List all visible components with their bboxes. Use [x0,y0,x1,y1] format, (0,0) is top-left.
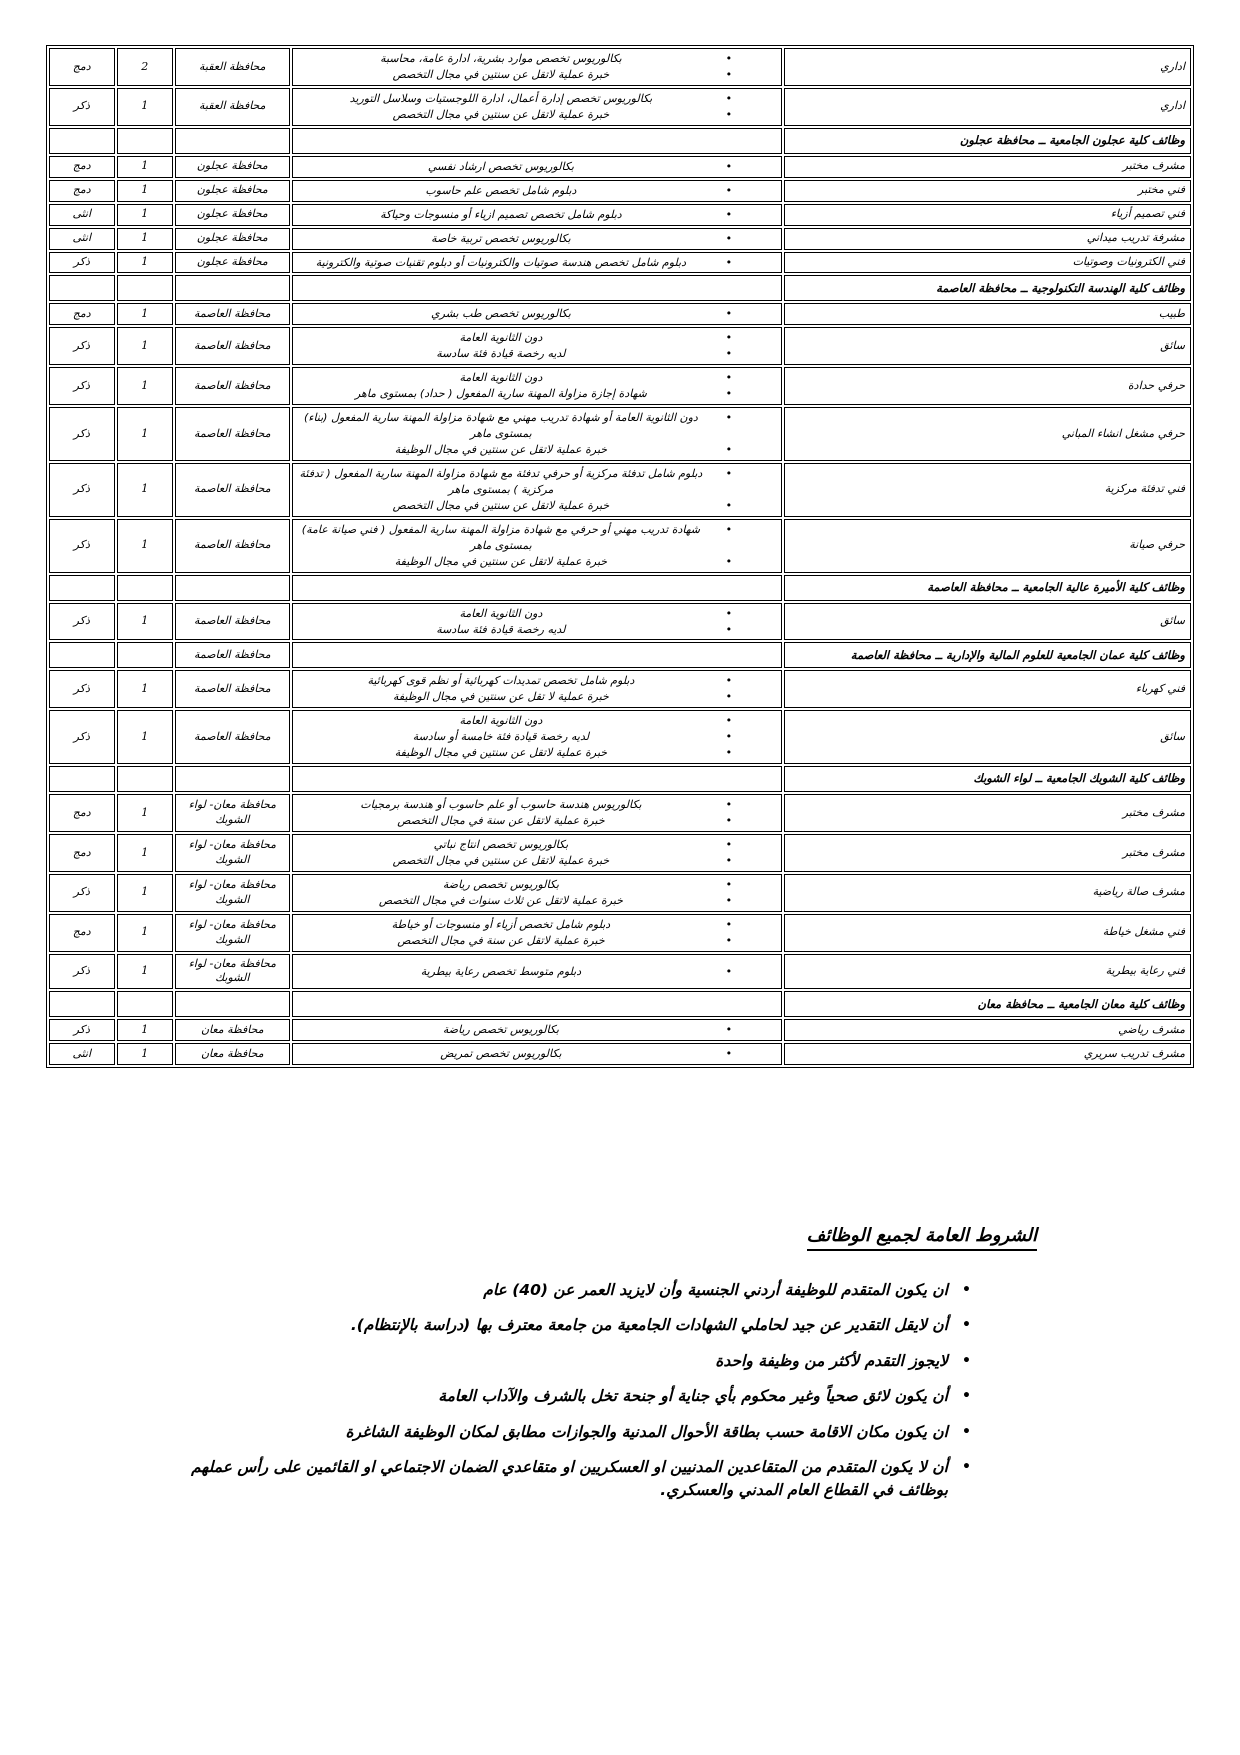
count-cell [117,275,173,301]
qualification-item: بكالوريوس تخصص إدارة أعمال، ادارة اللوجس… [298,91,776,107]
count-cell: 1 [117,252,173,274]
governorate-cell: محافظة معان [175,1019,290,1041]
count-cell [117,766,173,792]
gender-cell: ذكر [49,710,115,764]
job-title-cell: مشرف مختبر [784,794,1191,832]
governorate-cell: محافظة العاصمة [175,463,290,517]
qualifications-cell: بكالوريوس تخصص ارشاد نفسي [292,156,782,178]
table-row: مشرف مختبربكالوريوس تخصص ارشاد نفسيمحافظ… [49,156,1191,178]
job-title-text: فني كهرباء [790,682,1185,697]
count-cell: 1 [117,303,173,325]
job-title-cell: حرفي حدادة [784,367,1191,405]
jobs-table: اداريبكالوريوس تخصص موارد بشرية، ادارة ع… [46,45,1194,1068]
count-cell: 1 [117,603,173,641]
gender-cell: انثى [49,1043,115,1065]
governorate-cell: محافظة العقبة [175,48,290,86]
gender-cell: ذكر [49,327,115,365]
job-title-text: مشرف مختبر [790,846,1185,861]
job-title-text: سائق [790,339,1185,354]
job-title-cell: مشرفة تدريب ميداني [784,228,1191,250]
table-row: مشرفة تدريب ميدانيبكالوريوس تخصص تربية خ… [49,228,1191,250]
job-title-cell: فني الكترونيات وصوتيات [784,252,1191,274]
qualification-item: خبرة عملية لاتقل عن سنة في مجال التخصص [298,813,776,829]
job-title-text: اداري [790,60,1185,75]
qualifications-cell: دون الثانوية العامةلديه رخصة قيادة فئة س… [292,603,782,641]
section-title: وظائف كلية عجلون الجامعية ــ محافظة عجلو… [790,133,1185,149]
qualifications-cell: بكالوريوس تخصص طب بشري [292,303,782,325]
table-row: طبيببكالوريوس تخصص طب بشريمحافظة العاصمة… [49,303,1191,325]
qualification-item: خبرة عملية لاتقل عن سنتين في مجال التخصص [298,67,776,83]
governorate-cell: محافظة معان- لواء الشوبك [175,914,290,952]
qualifications-cell [292,275,782,301]
count-cell: 1 [117,204,173,226]
qualification-item: دون الثانوية العامة أو شهادة تدريب مهني … [298,410,776,442]
governorate-cell: محافظة العاصمة [175,303,290,325]
document-page: اداريبكالوريوس تخصص موارد بشرية، ادارة ع… [0,0,1240,1755]
table-row: فني الكترونيات وصوتياتدبلوم شامل تخصص هن… [49,252,1191,274]
count-cell: 1 [117,1019,173,1041]
condition-item: ان يكون المتقدم للوظيفة أردني الجنسية وأ… [137,1279,1037,1301]
job-title-cell: اداري [784,48,1191,86]
governorate-cell: محافظة العقبة [175,88,290,126]
governorate-cell: محافظة معان [175,1043,290,1065]
gender-cell: ذكر [49,670,115,708]
count-cell: 1 [117,327,173,365]
count-cell: 1 [117,367,173,405]
qualifications-cell: دبلوم شامل تخصص تمديدات كهربائية أو نظم … [292,670,782,708]
count-cell: 1 [117,407,173,461]
section-title-cell: وظائف كلية الشوبك الجامعية ــ لواء الشوب… [784,766,1191,792]
job-title-text: اداري [790,99,1185,114]
qualification-item: بكالوريوس تخصص انتاج نباتي [298,837,776,853]
qualifications-cell: بكالوريوس تخصص موارد بشرية، ادارة عامة، … [292,48,782,86]
job-title-text: فني رعاية بيطرية [790,964,1185,979]
qualifications-cell: بكالوريوس تخصص تربية خاصة [292,228,782,250]
gender-cell: دمج [49,834,115,872]
qualification-item: خبرة عملية لا تقل عن سنتين في مجال الوظي… [298,689,776,705]
gender-cell: دمج [49,794,115,832]
qualification-item: دبلوم شامل تدفئة مركزية أو حرفي تدفئة مع… [298,466,776,498]
section-title-cell: وظائف كلية عمان الجامعية للعلوم المالية … [784,642,1191,668]
governorate-cell: محافظة العاصمة [175,670,290,708]
section-row: وظائف كلية الشوبك الجامعية ــ لواء الشوب… [49,766,1191,792]
section-row: وظائف كلية معان الجامعية ــ محافظة معان [49,991,1191,1017]
conditions-section: الشروط العامة لجميع الوظائف ان يكون المت… [137,1225,1037,1514]
qualifications-cell [292,575,782,601]
jobs-table-wrap: اداريبكالوريوس تخصص موارد بشرية، ادارة ع… [46,45,1194,1068]
gender-cell: دمج [49,914,115,952]
section-title-cell: وظائف كلية الأميرة عالية الجامعية ــ محا… [784,575,1191,601]
section-title: وظائف كلية عمان الجامعية للعلوم المالية … [790,648,1185,664]
qualification-item: خبرة عملية لاتقل عن سنتين في مجال الوظيف… [298,442,776,458]
section-title: وظائف كلية الهندسة التكنولوجية ــ محافظة… [790,281,1185,297]
condition-item: أن يكون لائق صحياً وغير محكوم بأي جناية … [137,1385,1037,1407]
gender-cell: دمج [49,156,115,178]
job-title-text: فني تصميم أزياء [790,207,1185,222]
job-title-cell: سائق [784,327,1191,365]
gender-cell: انثى [49,228,115,250]
gender-cell [49,128,115,154]
qualifications-cell: دون الثانوية العامةشهادة إجازة مزاولة ال… [292,367,782,405]
section-row: وظائف كلية الهندسة التكنولوجية ــ محافظة… [49,275,1191,301]
gender-cell [49,991,115,1017]
gender-cell: ذكر [49,367,115,405]
qualification-item: خبرة عملية لاتقل عن سنتين في مجال التخصص [298,498,776,514]
qualifications-cell: بكالوريوس تخصص انتاج نباتيخبرة عملية لات… [292,834,782,872]
jobs-table-body: اداريبكالوريوس تخصص موارد بشرية، ادارة ع… [49,48,1191,1065]
qualification-item: خبرة عملية لاتقل عن سنتين في مجال التخصص [298,853,776,869]
gender-cell: دمج [49,48,115,86]
table-row: حرفي حدادةدون الثانوية العامةشهادة إجازة… [49,367,1191,405]
count-cell: 1 [117,670,173,708]
section-row: وظائف كلية الأميرة عالية الجامعية ــ محا… [49,575,1191,601]
job-title-cell: مشرف رياضي [784,1019,1191,1041]
qualifications-cell: بكالوريوس تخصص رياضة [292,1019,782,1041]
table-row: مشرف رياضيبكالوريوس تخصص رياضةمحافظة معا… [49,1019,1191,1041]
qualification-item: دبلوم شامل تخصص تصميم ازياء أو منسوجات و… [298,207,776,223]
job-title-cell: طبيب [784,303,1191,325]
count-cell [117,575,173,601]
section-title: وظائف كلية الشوبك الجامعية ــ لواء الشوب… [790,771,1185,787]
table-row: فني تصميم أزياءدبلوم شامل تخصص تصميم ازي… [49,204,1191,226]
condition-item: أن لايقل التقدير عن جيد لحاملي الشهادات … [137,1314,1037,1336]
condition-item: لايجوز التقدم لأكثر من وظيفة واحدة [137,1350,1037,1372]
qualifications-cell: دبلوم شامل تدفئة مركزية أو حرفي تدفئة مع… [292,463,782,517]
gender-cell: ذكر [49,603,115,641]
qualification-item: دبلوم متوسط تخصص رعاية بيطرية [298,964,776,980]
job-title-cell: سائق [784,710,1191,764]
governorate-cell [175,128,290,154]
table-row: مشرف تدريب سريريبكالوريوس تخصص تمريضمحاف… [49,1043,1191,1065]
governorate-cell: محافظة العاصمة [175,603,290,641]
count-cell: 1 [117,228,173,250]
qualifications-cell: دبلوم شامل تخصص علم حاسوب [292,180,782,202]
table-row: فني مختبردبلوم شامل تخصص علم حاسوبمحافظة… [49,180,1191,202]
table-row: اداريبكالوريوس تخصص موارد بشرية، ادارة ع… [49,48,1191,86]
gender-cell [49,275,115,301]
qualification-item: خبرة عملية لاتقل عن سنتين في مجال الوظيف… [298,745,776,761]
qualification-item: دون الثانوية العامة [298,606,776,622]
table-row: مشرف مختبربكالوريوس تخصص انتاج نباتيخبرة… [49,834,1191,872]
job-title-text: مشرف مختبر [790,806,1185,821]
gender-cell: دمج [49,180,115,202]
qualifications-cell: دبلوم شامل تخصص هندسة صوتيات والكترونيات… [292,252,782,274]
count-cell [117,991,173,1017]
job-title-cell: سائق [784,603,1191,641]
job-title-text: مشرف مختبر [790,159,1185,174]
qualification-item: دون الثانوية العامة [298,330,776,346]
job-title-cell: فني كهرباء [784,670,1191,708]
qualification-item: دبلوم شامل تخصص تمديدات كهربائية أو نظم … [298,673,776,689]
table-row: سائقدون الثانوية العامةلديه رخصة قيادة ف… [49,327,1191,365]
qualification-item: خبرة عملية لاتقل عن سنة في مجال التخصص [298,933,776,949]
governorate-cell: محافظة العاصمة [175,519,290,573]
qualification-item: خبرة عملية لاتقل عن سنتين في مجال الوظيف… [298,554,776,570]
qualification-item: بكالوريوس تخصص رياضة [298,1022,776,1038]
qualification-item: خبرة عملية لاتقل عن سنتين في مجال التخصص [298,107,776,123]
table-row: سائقدون الثانوية العامةلديه رخصة قيادة ف… [49,603,1191,641]
gender-cell: دمج [49,303,115,325]
governorate-cell: محافظة معان- لواء الشوبك [175,874,290,912]
qualification-item: لديه رخصة قيادة فئة سادسة [298,346,776,362]
qualification-item: بكالوريوس تخصص طب بشري [298,306,776,322]
section-title: وظائف كلية الأميرة عالية الجامعية ــ محا… [790,580,1185,596]
conditions-list: ان يكون المتقدم للوظيفة أردني الجنسية وأ… [137,1279,1037,1501]
table-row: فني مشغل خياطةدبلوم شامل تخصص أزياء أو م… [49,914,1191,952]
count-cell: 1 [117,874,173,912]
gender-cell: ذكر [49,954,115,990]
conditions-title: الشروط العامة لجميع الوظائف [807,1225,1037,1251]
count-cell: 1 [117,519,173,573]
qualification-item: خبرة عملية لاتقل عن ثلاث سنوات في مجال ا… [298,893,776,909]
qualifications-cell: دون الثانوية العامةلديه رخصة قيادة فئة س… [292,327,782,365]
table-row: حرفي مشغل انشاء المبانيدون الثانوية العا… [49,407,1191,461]
qualification-item: بكالوريوس تخصص رياضة [298,877,776,893]
section-title-cell: وظائف كلية الهندسة التكنولوجية ــ محافظة… [784,275,1191,301]
job-title-text: فني تدفئة مركزية [790,482,1185,497]
job-title-text: طبيب [790,307,1185,322]
job-title-cell: فني مشغل خياطة [784,914,1191,952]
job-title-cell: فني تدفئة مركزية [784,463,1191,517]
governorate-cell: محافظة العاصمة [175,367,290,405]
qualifications-cell [292,991,782,1017]
qualifications-cell: بكالوريوس هندسة حاسوب أو علم حاسوب أو هن… [292,794,782,832]
qualifications-cell: دبلوم متوسط تخصص رعاية بيطرية [292,954,782,990]
qualifications-cell: بكالوريوس تخصص تمريض [292,1043,782,1065]
governorate-cell: محافظة عجلون [175,252,290,274]
qualification-item: بكالوريوس تخصص ارشاد نفسي [298,159,776,175]
gender-cell: انثى [49,204,115,226]
job-title-text: سائق [790,614,1185,629]
governorate-cell [175,275,290,301]
qualification-item: لديه رخصة قيادة فئة خامسة أو سادسة [298,729,776,745]
qualification-item: شهادة تدريب مهني أو حرفي مع شهادة مزاولة… [298,522,776,554]
job-title-cell: مشرف مختبر [784,156,1191,178]
job-title-text: فني مختبر [790,183,1185,198]
job-title-cell: مشرف مختبر [784,834,1191,872]
gender-cell: ذكر [49,407,115,461]
governorate-cell [175,991,290,1017]
governorate-cell: محافظة العاصمة [175,407,290,461]
gender-cell [49,642,115,668]
job-title-text: مشرف تدريب سريري [790,1047,1185,1062]
governorate-cell [175,575,290,601]
gender-cell [49,766,115,792]
gender-cell: ذكر [49,519,115,573]
job-title-text: فني الكترونيات وصوتيات [790,255,1185,270]
section-title-cell: وظائف كلية معان الجامعية ــ محافظة معان [784,991,1191,1017]
governorate-cell: محافظة العاصمة [175,327,290,365]
governorate-cell [175,766,290,792]
table-row: فني تدفئة مركزيةدبلوم شامل تدفئة مركزية … [49,463,1191,517]
job-title-text: سائق [790,730,1185,745]
job-title-cell: فني تصميم أزياء [784,204,1191,226]
job-title-cell: مشرف تدريب سريري [784,1043,1191,1065]
governorate-cell: محافظة معان- لواء الشوبك [175,834,290,872]
section-title: وظائف كلية معان الجامعية ــ محافظة معان [790,997,1185,1013]
count-cell [117,642,173,668]
job-title-cell: اداري [784,88,1191,126]
table-row: سائقدون الثانوية العامةلديه رخصة قيادة ف… [49,710,1191,764]
qualifications-cell: دبلوم شامل تخصص أزياء أو منسوجات أو خياط… [292,914,782,952]
table-row: اداريبكالوريوس تخصص إدارة أعمال، ادارة ا… [49,88,1191,126]
job-title-text: فني مشغل خياطة [790,925,1185,940]
qualifications-cell: بكالوريوس تخصص رياضةخبرة عملية لاتقل عن … [292,874,782,912]
gender-cell: ذكر [49,1019,115,1041]
count-cell [117,128,173,154]
qualification-item: بكالوريوس تخصص تمريض [298,1046,776,1062]
gender-cell: ذكر [49,874,115,912]
qualifications-cell: بكالوريوس تخصص إدارة أعمال، ادارة اللوجس… [292,88,782,126]
governorate-cell: محافظة العاصمة [175,710,290,764]
job-title-cell: فني رعاية بيطرية [784,954,1191,990]
qualifications-cell: دون الثانوية العامةلديه رخصة قيادة فئة خ… [292,710,782,764]
qualification-item: بكالوريوس تخصص تربية خاصة [298,231,776,247]
qualification-item: بكالوريوس تخصص موارد بشرية، ادارة عامة، … [298,51,776,67]
condition-item: ان يكون مكان الاقامة حسب بطاقة الأحوال ا… [137,1421,1037,1443]
qualifications-cell: شهادة تدريب مهني أو حرفي مع شهادة مزاولة… [292,519,782,573]
count-cell: 1 [117,954,173,990]
count-cell: 1 [117,834,173,872]
section-row: وظائف كلية عجلون الجامعية ــ محافظة عجلو… [49,128,1191,154]
count-cell: 1 [117,794,173,832]
qualification-item: دبلوم شامل تخصص هندسة صوتيات والكترونيات… [298,255,776,271]
qualifications-cell: دبلوم شامل تخصص تصميم ازياء أو منسوجات و… [292,204,782,226]
count-cell: 1 [117,914,173,952]
governorate-cell: محافظة عجلون [175,228,290,250]
governorate-cell: محافظة معان- لواء الشوبك [175,954,290,990]
count-cell: 1 [117,1043,173,1065]
section-row: وظائف كلية عمان الجامعية للعلوم المالية … [49,642,1191,668]
qualification-item: بكالوريوس هندسة حاسوب أو علم حاسوب أو هن… [298,797,776,813]
governorate-cell: محافظة العاصمة [175,642,290,668]
table-row: مشرف صالة رياضيةبكالوريوس تخصص رياضةخبرة… [49,874,1191,912]
qualification-item: دبلوم شامل تخصص علم حاسوب [298,183,776,199]
qualification-item: دون الثانوية العامة [298,370,776,386]
count-cell: 1 [117,88,173,126]
governorate-cell: محافظة عجلون [175,156,290,178]
qualification-item: دبلوم شامل تخصص أزياء أو منسوجات أو خياط… [298,917,776,933]
table-row: مشرف مختبربكالوريوس هندسة حاسوب أو علم ح… [49,794,1191,832]
section-title-cell: وظائف كلية عجلون الجامعية ــ محافظة عجلو… [784,128,1191,154]
table-row: حرفي صيانةشهادة تدريب مهني أو حرفي مع شه… [49,519,1191,573]
qualification-item: شهادة إجازة مزاولة المهنة سارية المفعول … [298,386,776,402]
job-title-cell: مشرف صالة رياضية [784,874,1191,912]
gender-cell: ذكر [49,463,115,517]
job-title-text: حرفي حدادة [790,379,1185,394]
count-cell: 1 [117,156,173,178]
job-title-cell: حرفي صيانة [784,519,1191,573]
count-cell: 1 [117,180,173,202]
qualifications-cell [292,642,782,668]
count-cell: 1 [117,463,173,517]
gender-cell [49,575,115,601]
governorate-cell: محافظة عجلون [175,204,290,226]
condition-item: أن لا يكون المتقدم من المتقاعدين المدنيي… [137,1456,1037,1501]
qualifications-cell [292,766,782,792]
job-title-cell: فني مختبر [784,180,1191,202]
gender-cell: ذكر [49,88,115,126]
job-title-text: مشرف رياضي [790,1023,1185,1038]
job-title-text: حرفي صيانة [790,538,1185,553]
job-title-text: مشرف صالة رياضية [790,885,1185,900]
table-row: فني كهرباءدبلوم شامل تخصص تمديدات كهربائ… [49,670,1191,708]
governorate-cell: محافظة عجلون [175,180,290,202]
job-title-text: مشرفة تدريب ميداني [790,231,1185,246]
qualifications-cell: دون الثانوية العامة أو شهادة تدريب مهني … [292,407,782,461]
gender-cell: ذكر [49,252,115,274]
qualification-item: دون الثانوية العامة [298,713,776,729]
table-row: فني رعاية بيطريةدبلوم متوسط تخصص رعاية ب… [49,954,1191,990]
qualifications-cell [292,128,782,154]
count-cell: 1 [117,710,173,764]
governorate-cell: محافظة معان- لواء الشوبك [175,794,290,832]
job-title-cell: حرفي مشغل انشاء المباني [784,407,1191,461]
count-cell: 2 [117,48,173,86]
job-title-text: حرفي مشغل انشاء المباني [790,427,1185,442]
qualification-item: لديه رخصة قيادة فئة سادسة [298,622,776,638]
